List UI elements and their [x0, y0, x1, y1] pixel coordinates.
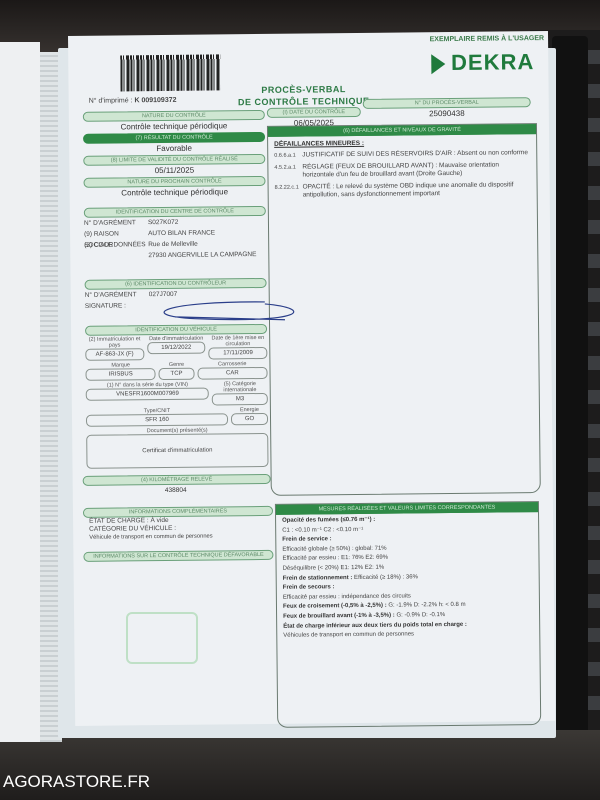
imprime-value: K 009109372 — [134, 97, 176, 104]
kilometrage-value: 438804 — [83, 484, 269, 498]
mesures-section: MESURES RÉALISÉES ET VALEURS LIMITES COR… — [275, 501, 541, 728]
defaut-item: 0.6.6.a.1JUSTIFICATIF DE SUIVI DES RÉSER… — [274, 149, 530, 160]
centre-controle: IDENTIFICATION DU CENTRE DE CONTRÔLE N° … — [84, 206, 267, 262]
binder-cover — [552, 36, 588, 736]
signature-scribble — [115, 294, 305, 326]
defaut-item: 4.5.2.a.1RÉGLAGE (FEUX DE BROUILLARD AVA… — [274, 161, 530, 180]
pv-number: N° DU PROCÈS-VERBAL 25090438 — [363, 97, 531, 121]
infos-complementaires: INFORMATIONS COMPLÉMENTAIRES ÉTAT DE CHA… — [83, 506, 274, 562]
document-title: PROCÈS-VERBAL DE CONTRÔLE TECHNIQUE — [229, 83, 379, 109]
immatriculation-value: AF-863-JX (F) — [85, 348, 144, 361]
controleur: (6) IDENTIFICATION DU CONTRÔLEUR N° D'AG… — [85, 278, 267, 312]
exemplaire-label: EXEMPLAIRE REMIS À L'USAGER — [430, 35, 545, 43]
kilometrage: (4) KILOMÉTRAGE RELEVÉ 438804 — [83, 471, 533, 498]
imprime-number: N° d'imprimé : K 009109372 — [89, 97, 177, 105]
vehicule-identification: IDENTIFICATION DU VÉHICULE (2) Immatricu… — [85, 324, 268, 469]
stamp-box — [126, 612, 198, 664]
defaut-item: 8.2.22.c.1OPACITÉ : Le relevé du système… — [275, 181, 531, 200]
pv-value: 25090438 — [363, 107, 531, 121]
dekra-logo: DEKRA — [431, 49, 535, 76]
nature-controle: NATURE DU CONTRÔLE Contrôle technique pé… — [83, 110, 266, 200]
documents-value: Certificat d'immatriculation — [86, 433, 268, 469]
prochain-value: Contrôle technique périodique — [84, 186, 266, 200]
vin-value: VNESFR1600M007969 — [86, 388, 210, 401]
binder-left-pages — [0, 42, 40, 742]
barcode — [120, 54, 220, 91]
watermark: AGORASTORE.FR — [3, 772, 150, 792]
dekra-arrow-icon — [431, 54, 445, 74]
defaillances-section: (6) DÉFAILLANCES ET NIVEAUX DE GRAVITÉ D… — [267, 123, 541, 496]
